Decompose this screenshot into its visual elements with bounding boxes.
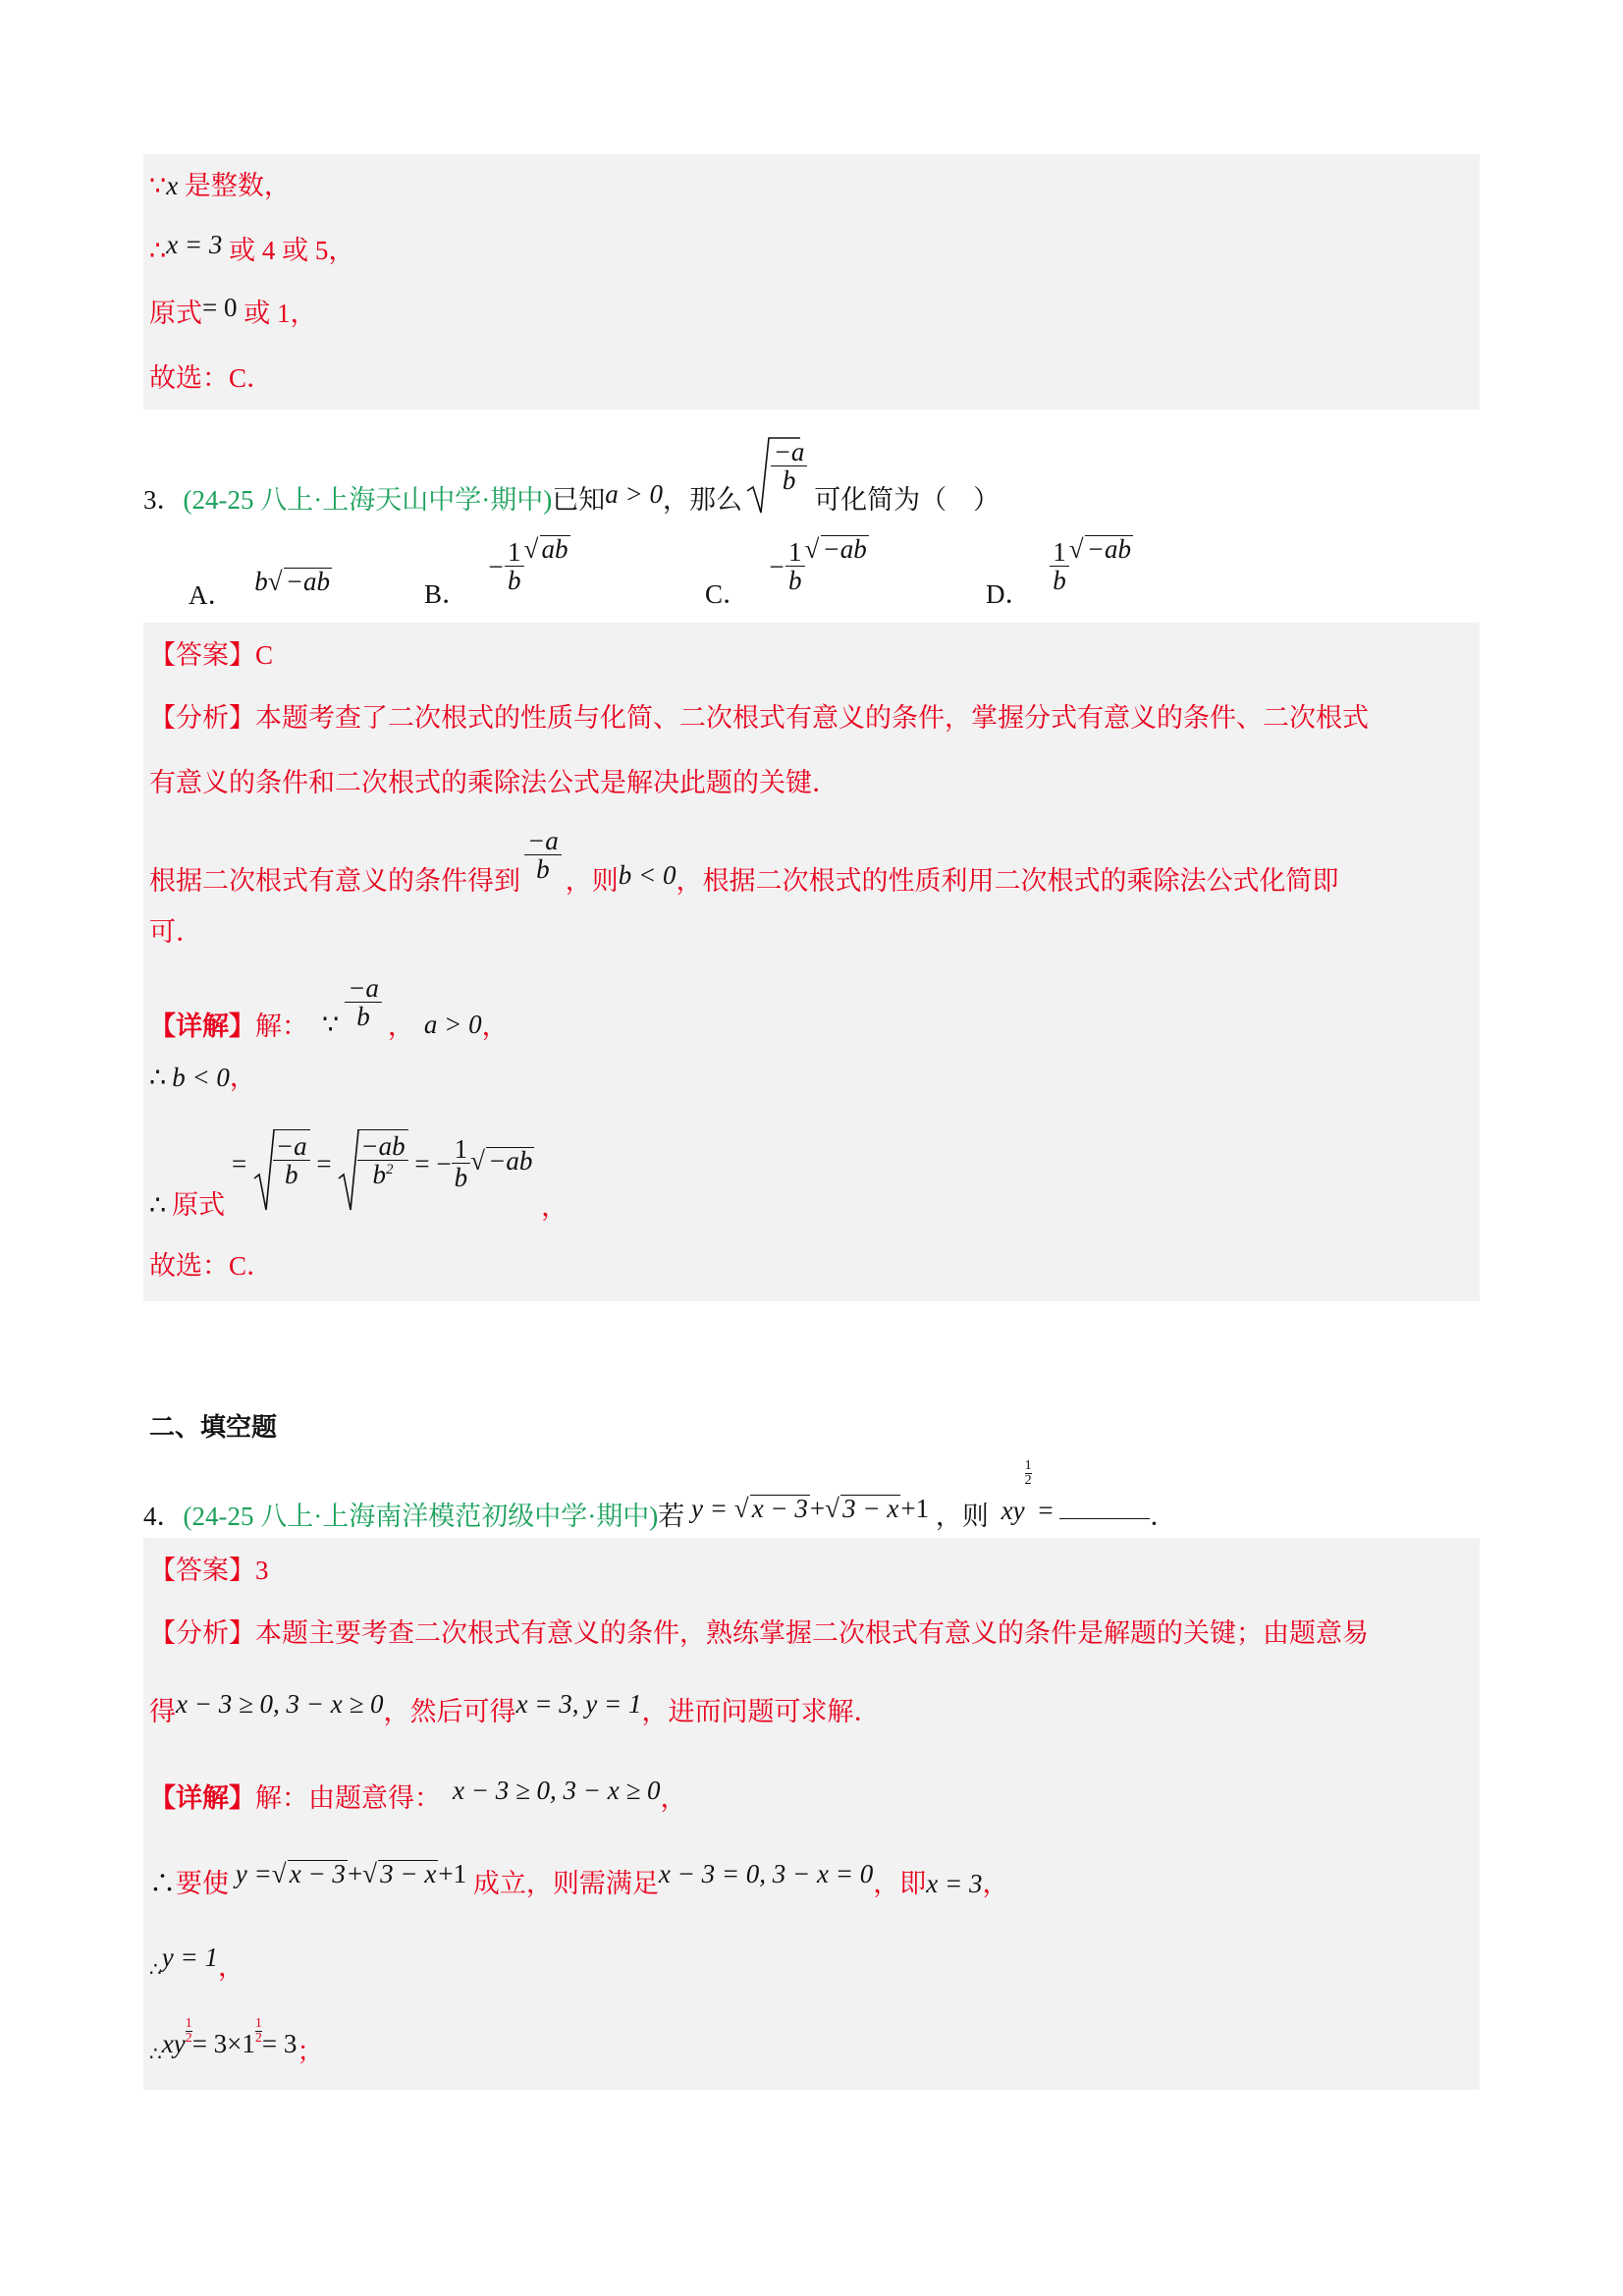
section-heading: 二、填空题 [149,1414,277,1440]
punct: ， [482,1011,509,1041]
math-expr: = 3 [262,2029,297,2058]
analysis-text: 可． [149,917,202,947]
detail-tag: 【详解】 [149,1783,255,1813]
punct: ， [218,1952,244,1982]
q4-analysis-line-2: 得x − 3 ≥ 0, 3 − x ≥ 0，然后可得x = 3, y = 1，进… [149,1699,880,1725]
question-4-stem: 4．(24-25 八上·上海南洋模范初级中学·期中)若 y = x − 3+3 … [143,1473,1176,1502]
math-expr: = 3×1 [192,2029,255,2058]
prev-line-3: 原式= 0 或 1， [149,301,316,327]
answer-blank[interactable] [1059,1497,1150,1519]
sqrt-fraction: −a b [749,432,808,496]
q4-detail-line-2: ∴要使 y =x − 3+3 − x+1 成立，则需满足x − 3 = 0, 3… [149,1870,1008,1897]
math-var: x [166,171,178,200]
option-label: A． [189,580,235,610]
exponent-denominator: 2 [255,2031,262,2046]
math-expr: x = 3, y = 1 [516,1689,642,1719]
radical-sign-icon [338,1129,359,1212]
answer-value: 3 [255,1556,269,1585]
math-expr: y = 1 [162,1942,218,1972]
solution-box-prev [143,154,1480,410]
operator: +1 [900,1494,929,1523]
answer-tag: 【答案】 [149,640,255,670]
math-expr: b < 0 [172,1063,230,1092]
math-expr: y = [236,1859,272,1888]
prev-line-1: ∵x 是整数， [149,173,291,199]
math-expr: xy [1001,1496,1025,1525]
radical-sign-icon [745,436,800,517]
math-expr: a > 0 [424,1010,482,1039]
punct: ； [297,2037,323,2066]
option-b[interactable]: B． −1bab [424,538,570,596]
detail-text: 成立，则需满足 [473,1869,659,1898]
math-expr: b < 0 [619,860,676,890]
q4-answer: 【答案】3 [149,1558,269,1584]
stem-text: ，那么 [663,485,742,515]
therefore-symbol: ∴ [149,2044,162,2065]
analysis-text: ，根据二次根式的性质利用二次根式的乘除法公式化简即 [676,866,1338,896]
analysis-text: ，则 [566,866,619,896]
punct: ， [982,1869,1008,1898]
math-expr: a > 0 [605,479,663,509]
operator: = [1038,1496,1053,1525]
detail-text: 解：由题意得： [255,1783,441,1813]
analysis-text: 有意义的条件和二次根式的乘除法公式是解决此题的关键． [149,768,839,797]
punct: ， [388,1011,414,1041]
question-3-stem: 3．(24-25 八上·上海天山中学·期中)已知a > 0，那么 −a b 可化… [143,432,1000,520]
equation-y: y =x − 3+3 − x+1 [236,1859,473,1888]
because-symbol: ∵ [149,171,166,200]
math-expr: x − 3 ≥ 0, 3 − x ≥ 0 [176,1689,384,1719]
final-choice: 故选：C． [149,1251,273,1281]
fraction-numerator: −a [524,827,562,854]
option-c[interactable]: C． −1b−ab [705,538,869,596]
answer-tag: 【答案】 [149,1556,255,1585]
prev-line-4: 故选：C． [149,365,273,392]
analysis-text: 得 [149,1697,176,1726]
question-number: 3． [143,485,184,515]
equation-y: y = x − 3+3 − x+1 [691,1494,936,1523]
q4-detail-line-4: ∴xy12= 3×112= 3； [149,2039,323,2067]
operator: + [810,1494,825,1523]
fraction-denominator: b [524,854,562,885]
because-symbol: ∵ [322,1010,339,1039]
option-label: D． [986,579,1032,609]
answer-value: C [255,640,273,670]
q3-analysis-line-1: 【分析】本题考查了二次根式的性质与化简、二次根式有意义的条件，掌握分式有意义的条… [149,705,1369,732]
punct: ， [541,1192,568,1222]
analysis-tag: 【分析】 [149,703,255,733]
radicand: x − 3 [750,1495,810,1522]
detail-text: ，即 [873,1869,926,1898]
q3-answer: 【答案】C [149,642,273,669]
prev-line-2: ∴x = 3 或 4 或 5， [149,238,354,264]
math-expr: x − 3 ≥ 0, 3 − x ≥ 0 [453,1776,661,1805]
therefore-symbol: ∴ [149,1063,166,1092]
math-expr: y = [691,1494,728,1523]
q3-detail-line-1: 【详解】解：∵−ab，a > 0， [149,974,509,1032]
punct: ， [230,1063,256,1092]
q3-detail-line-3: ∴原式 = −ab = −abb2 = −1b−ab ， [149,1129,568,1193]
analysis-text: ，进而问题可求解． [641,1697,880,1726]
math-expr: x = 3 [926,1869,982,1898]
analysis-tag: 【分析】 [149,1618,255,1648]
option-label: C． [705,579,749,609]
exponent-numerator: 1 [1025,1459,1032,1473]
exponent-numerator: 1 [186,2017,192,2031]
option-a-expr: b−ab [254,567,332,596]
q4-detail-line-1: 【详解】解：由题意得：x − 3 ≥ 0, 3 − x ≥ 0， [149,1785,687,1812]
option-label: B． [424,579,468,609]
fraction-denominator: b [345,1002,382,1032]
q3-analysis-line-4: 可． [149,919,202,946]
detail-text: 原式 [172,1190,225,1220]
radical-sign-icon [253,1129,275,1212]
prev-line-3-text: 原式 [149,299,202,328]
q3-analysis-line-3: 根据二次根式有意义的条件得到−ab，则b < 0，根据二次根式的性质利用二次根式… [149,827,1338,885]
simplification-chain: = −ab = −abb2 = −1b−ab [232,1129,534,1193]
radicand: 3 − x [840,1495,900,1522]
q4-detail-line-3: ∴y = 1， [149,1954,244,1981]
therefore-symbol: ∴ [149,236,166,265]
question-source: (24-25 八上·上海天山中学·期中) [184,485,553,515]
option-c-expr: −1b−ab [768,538,869,596]
therefore-symbol: ∴ [149,1190,166,1220]
analysis-text: 本题主要考查二次根式有意义的条件，熟练掌握二次根式有意义的条件是解题的关键；由题… [255,1618,1369,1648]
punct: ， [661,1783,687,1813]
detail-text: 解： [255,1011,308,1041]
stem-text: 若 [658,1502,684,1531]
q3-detail-line-2: ∴b < 0， [149,1065,256,1091]
exponent-denominator: 2 [186,2031,192,2046]
prev-line-1-text: 是整数， [178,171,291,200]
punct: ． [1150,1502,1176,1531]
exponent-numerator: 1 [255,2017,262,2031]
option-d[interactable]: D． 1b−ab [986,538,1133,596]
operator: + [348,1859,362,1888]
question-source: (24-25 八上·上海南洋模范初级中学·期中) [184,1502,659,1531]
prev-line-3-tail: 或 1， [237,299,316,328]
q3-final: 故选：C． [149,1253,273,1280]
detail-text: 要使 [176,1869,229,1898]
final-choice: 故选：C． [149,363,273,393]
option-a[interactable]: A． b−ab [189,550,332,577]
analysis-text: 根据二次根式有意义的条件得到 [149,866,520,896]
question-number: 4． [143,1502,184,1531]
math-expr: = 0 [202,293,237,322]
math-expr: x − 3 = 0, 3 − x = 0 [659,1859,873,1888]
analysis-text: 本题考查了二次根式的性质与化简、二次根式有意义的条件，掌握分式有意义的条件、二次… [255,703,1369,733]
q4-analysis-line-1: 【分析】本题主要考查二次根式有意义的条件，熟练掌握二次根式有意义的条件是解题的关… [149,1620,1369,1647]
option-d-expr: 1b−ab [1050,538,1133,596]
operator: +1 [438,1859,466,1888]
radicand: x − 3 [288,1860,348,1887]
stem-text: 可化简为（ ） [807,485,1000,515]
stem-text: 已知 [552,485,605,515]
analysis-text: ，然后可得 [384,1697,516,1726]
section-title: 二、填空题 [149,1412,277,1442]
option-b-expr: −1bab [487,538,570,596]
stem-text: ，则 [936,1502,989,1531]
q3-analysis-line-2: 有意义的条件和二次根式的乘除法公式是解决此题的关键． [149,770,839,796]
fraction-numerator: −a [345,974,382,1002]
detail-tag: 【详解】 [149,1011,255,1041]
therefore-symbol: ∴ [149,1869,176,1898]
therefore-symbol: ∴ [149,1959,162,1981]
math-expr: xy [162,2029,186,2058]
math-expr: x = 3 [166,230,222,259]
exponent-denominator: 2 [1025,1473,1032,1488]
prev-line-2-text: 或 4 或 5， [222,236,354,265]
radicand: 3 − x [378,1860,438,1887]
